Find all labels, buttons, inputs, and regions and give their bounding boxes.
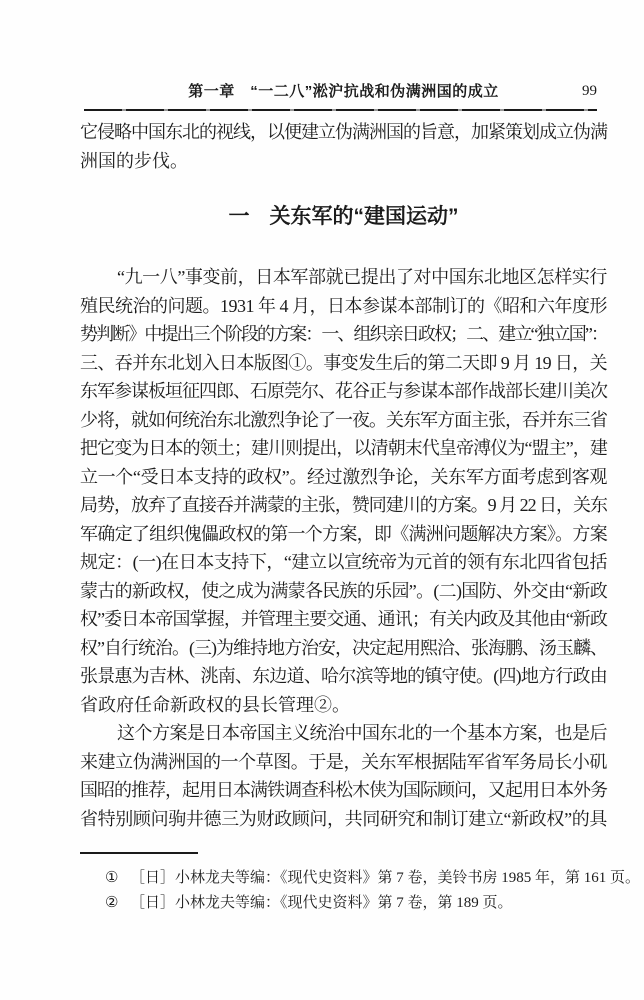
text-line: 少将，就如何统治东北激烈争论了一夜。关东军方面主张，吞并东三省	[80, 406, 607, 435]
text-line: 蒙古的新政权，使之成为满蒙各民族的乐园”。(二)国防、外交由“新政	[80, 577, 607, 606]
text-line: 它侵略中国东北的视线，以便建立伪满洲国的旨意，加紧策划成立伪满	[80, 118, 607, 147]
section-heading: 一关东军的“建国运动”	[80, 202, 607, 232]
text-line: 权”自行统治。(三)为维持地方治安，决定起用熙洽、张海鹏、汤玉麟、	[80, 634, 607, 663]
text-line: 把它变为日本的领土；建川则提出，以清朝末代皇帝溥仪为“盟主”，建	[80, 434, 607, 463]
footnotes: ①［日］小林龙夫等编：《现代史资料》第 7 卷，美铃书房 1985 年，第 16…	[80, 866, 620, 916]
text-line: 立一个“受日本支持的政权”。经过激烈争论，关东军方面考虑到客观	[80, 463, 607, 492]
section-number: 一	[229, 205, 250, 228]
header-rule	[84, 109, 597, 111]
text-line: 这个方案是日本帝国主义统治中国东北的一个基本方案，也是后	[80, 719, 607, 748]
text-line: 张景惠为吉林、洮南、东边道、哈尔滨等地的镇守使。(四)地方行政由	[80, 662, 607, 691]
paragraph-scheme: 这个方案是日本帝国主义统治中国东北的一个基本方案，也是后 来建立伪满洲国的一个草…	[80, 719, 607, 833]
text-line: 权”委日本帝国掌握，并管理主要交通、通讯；有关内政及其他由“新政	[80, 605, 607, 634]
intro-paragraph: 它侵略中国东北的视线，以便建立伪满洲国的旨意，加紧策划成立伪满 洲国的步伐。	[80, 118, 607, 175]
text-line: “九一八”事变前，日本军部就已提出了对中国东北地区怎样实行	[80, 263, 607, 292]
text-line: 军确定了组织傀儡政权的第一个方案，即《满洲问题解决方案》。方案	[80, 520, 607, 549]
footnote-marker: ②	[105, 891, 130, 916]
footnote-marker: ①	[105, 866, 130, 891]
paragraph-plan: “九一八”事变前，日本军部就已提出了对中国东北地区怎样实行 殖民统治的问题。19…	[80, 263, 607, 719]
footnote-rule	[80, 852, 198, 854]
text-line: 势判断》中提出三个阶段的方案：一、组织亲日政权；二、建立“独立国”：	[80, 320, 607, 349]
text-line: 殖民统治的问题。1931 年 4 月，日本参谋本部制订的《昭和六年度形	[80, 292, 607, 321]
text-line: 东军参谋板垣征四郎、石原莞尔、花谷正与参谋本部作战部长建川美次	[80, 377, 607, 406]
text-line: 三、吞并东北划入日本版图①。事变发生后的第二天即 9 月 19 日，关	[80, 349, 607, 378]
text-line: 规定：(一)在日本支持下，“建立以宣统帝为元首的领有东北四省包括	[80, 548, 607, 577]
book-page: 第一章 “一二八”淞沪抗战和伪满洲国的成立 99 它侵略中国东北的视线，以便建立…	[0, 0, 644, 1000]
text-line: 国昭的推荐，起用日本满铁调查科松木侠为国际顾问，又起用日本外务	[80, 776, 607, 805]
footnote-text: ［日］小林龙夫等编：《现代史资料》第 7 卷，美铃书房 1985 年，第 161…	[130, 870, 640, 886]
footnote-item: ②［日］小林龙夫等编：《现代史资料》第 7 卷，第 189 页。	[80, 891, 620, 916]
running-header-title: 第一章 “一二八”淞沪抗战和伪满洲国的成立	[80, 80, 607, 100]
text-line: 省政府任命新政权的县长管理②。	[80, 691, 607, 720]
text-line: 局势，放弃了直接吞并满蒙的主张，赞同建川的方案。9 月 22 日，关东	[80, 491, 607, 520]
text-line: 省特别顾问驹井德三为财政顾问，共同研究和制订建立“新政权”的具	[80, 805, 607, 834]
text-line: 洲国的步伐。	[80, 147, 607, 176]
footnote-text: ［日］小林龙夫等编：《现代史资料》第 7 卷，第 189 页。	[130, 895, 513, 911]
footnote-item: ①［日］小林龙夫等编：《现代史资料》第 7 卷，美铃书房 1985 年，第 16…	[80, 866, 620, 891]
section-title-text: 关东军的“建国运动”	[269, 205, 458, 228]
page-number: 99	[582, 82, 597, 100]
text-line: 来建立伪满洲国的一个草图。于是，关东军根据陆军省军务局长小矶	[80, 748, 607, 777]
